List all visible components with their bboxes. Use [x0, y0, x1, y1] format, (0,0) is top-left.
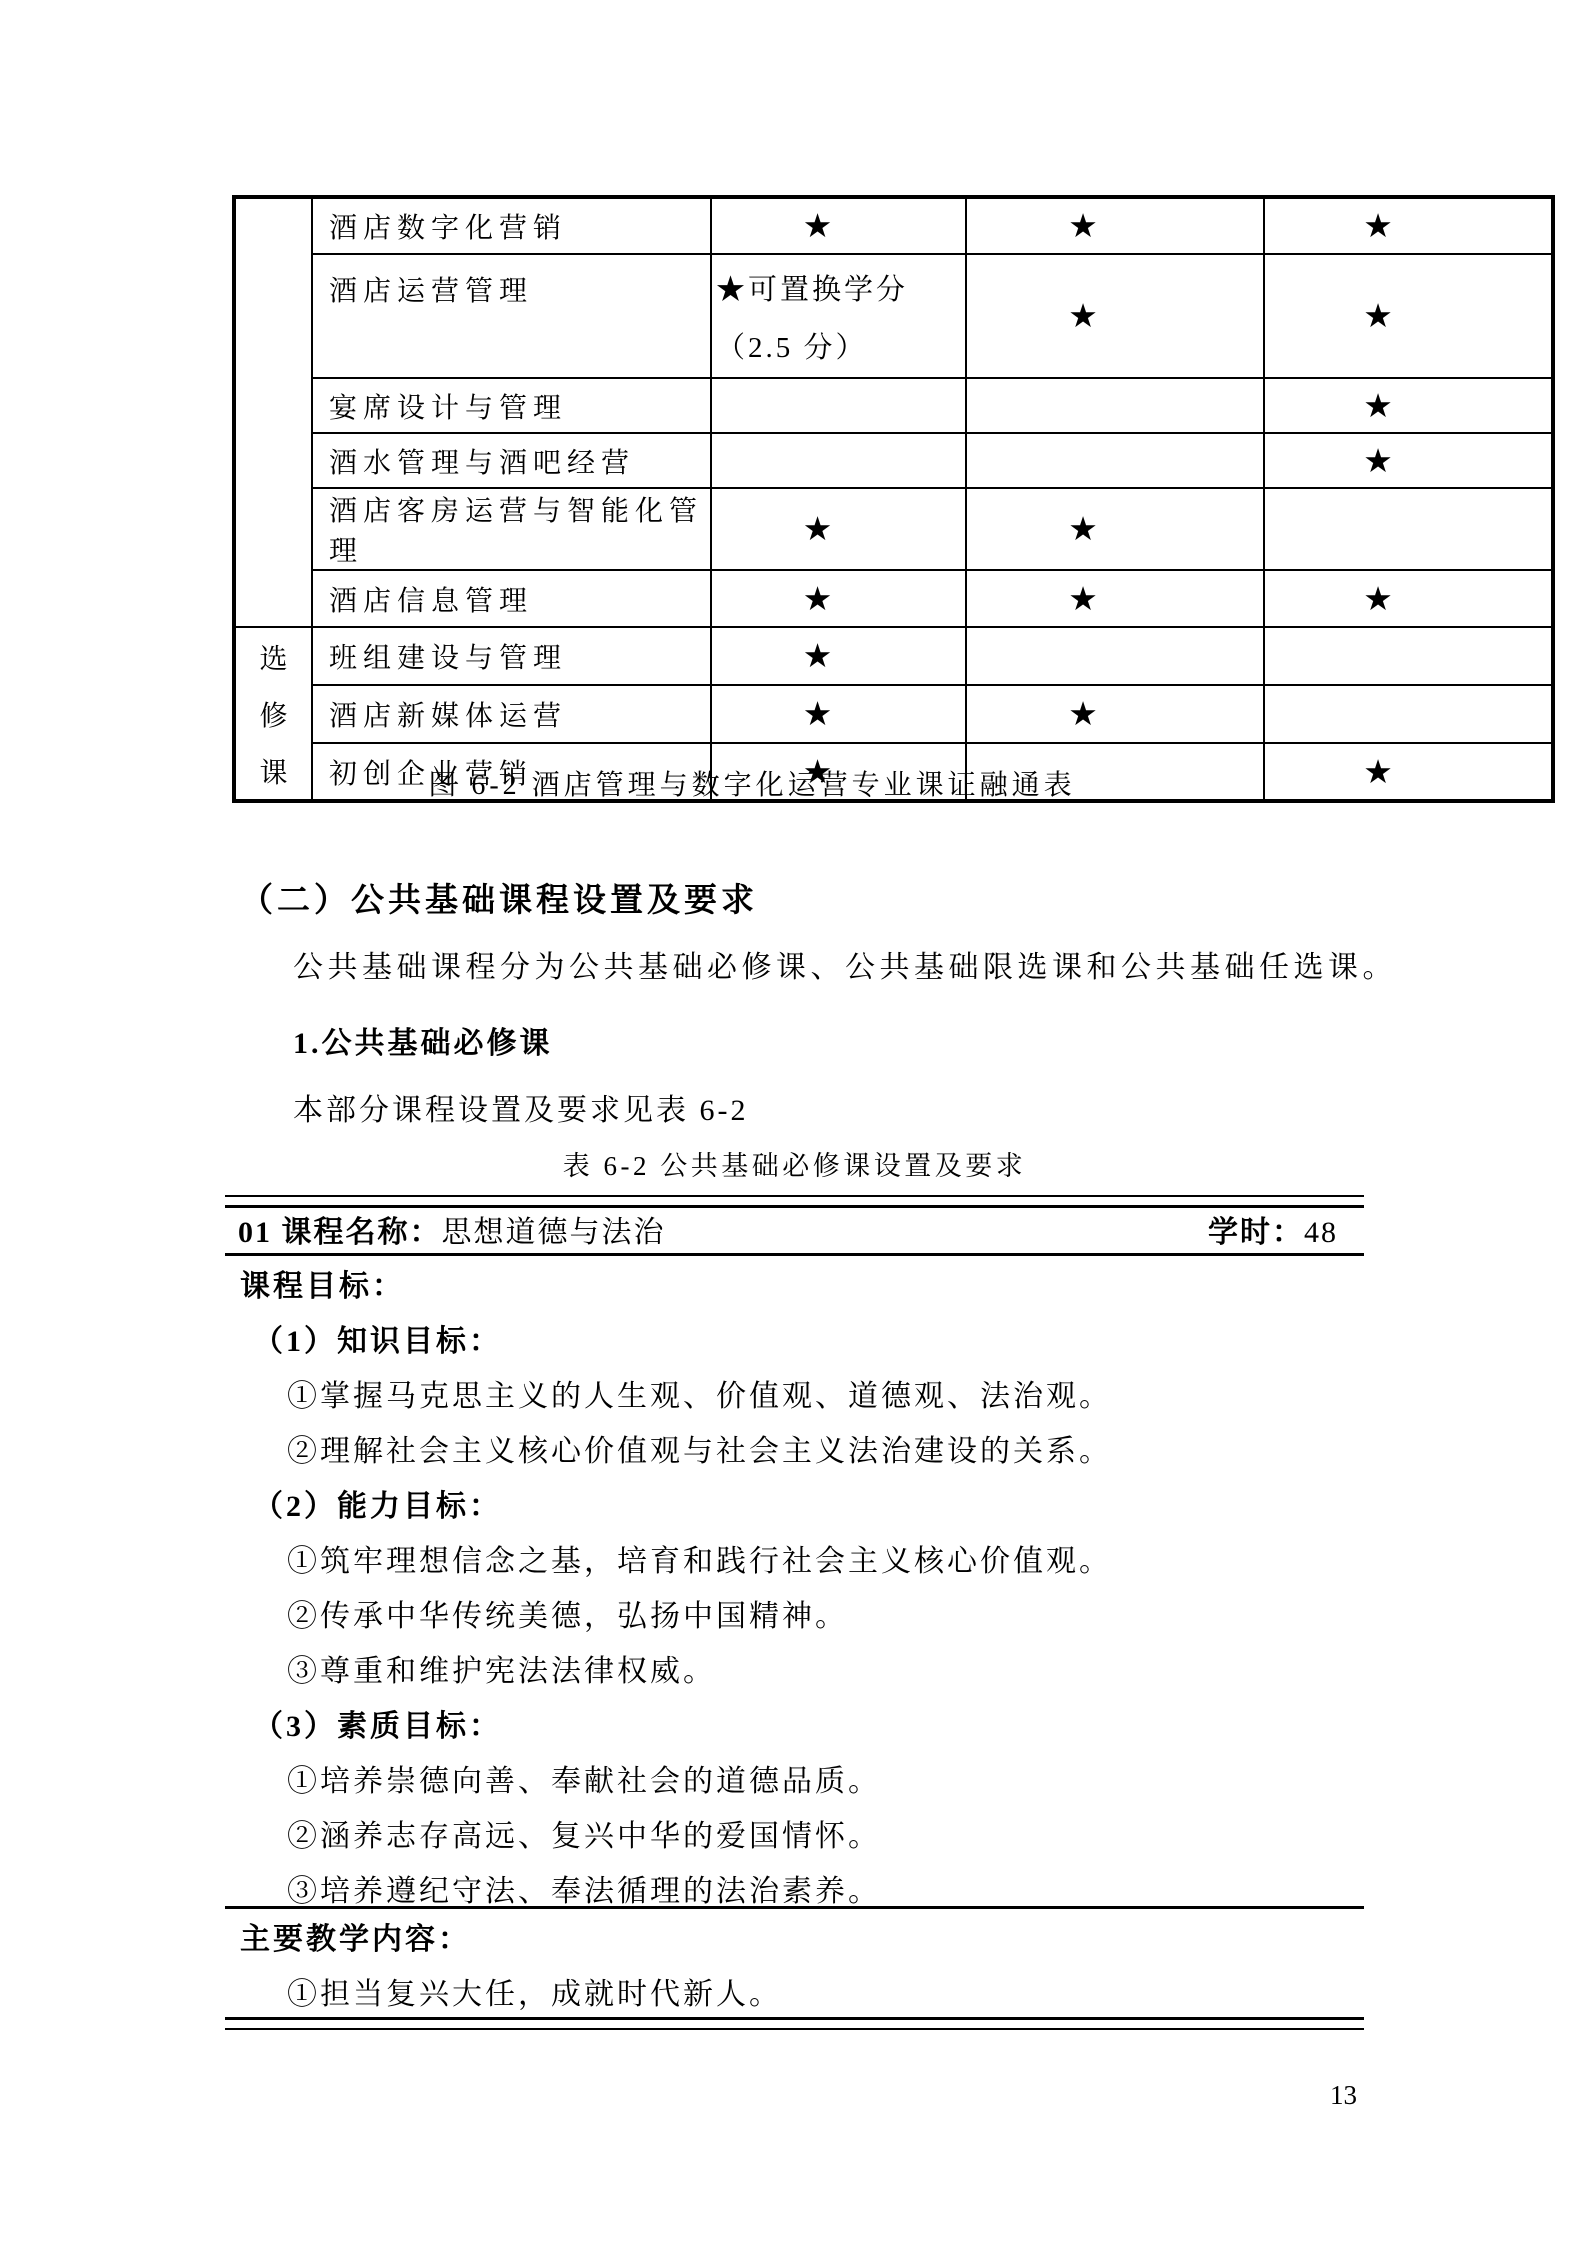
star-mark-cell: ★	[711, 627, 966, 685]
star-mark-cell: ★	[966, 488, 1264, 570]
credit-substitution-line: （2.5 分）	[716, 319, 965, 377]
table-reference-note: 本部分课程设置及要求见表 6-2	[293, 1085, 749, 1129]
credit-substitution-line: ★可置换学分	[716, 261, 965, 319]
course-name-cell: 酒店运营管理	[312, 254, 711, 378]
card-text-line: ①担当复兴大任，成就时代新人。	[287, 1963, 782, 2018]
group-label-char: 选	[236, 628, 311, 685]
card-bottom-double-rule	[225, 2017, 1364, 2030]
star-mark-cell: ★	[966, 197, 1264, 254]
star-mark-cell: ★	[1264, 197, 1553, 254]
course-title: 01 课程名称：思想道德与法治	[225, 1207, 666, 1251]
course-hours: 学时：48	[1208, 1207, 1364, 1251]
hours-value: 48	[1304, 1216, 1338, 1249]
table-row: 酒店新媒体运营★★	[234, 685, 1553, 743]
empty-mark-cell	[711, 433, 966, 488]
card-text-line: ③尊重和维护宪法法律权威。	[287, 1640, 716, 1695]
empty-mark-cell	[966, 378, 1264, 433]
table-row: 酒店信息管理★★★	[234, 570, 1553, 627]
card-label-line: （1）知识目标：	[253, 1310, 502, 1365]
course-name-cell: 酒店信息管理	[312, 570, 711, 627]
table-row: 酒店运营管理★可置换学分（2.5 分）★★	[234, 254, 1553, 378]
empty-mark-cell	[966, 627, 1264, 685]
card-label-line: （3）素质目标：	[253, 1695, 502, 1750]
empty-mark-cell	[1264, 627, 1553, 685]
table-caption: 表 6-2 公共基础必修课设置及要求	[232, 1144, 1357, 1183]
table-row: 酒水管理与酒吧经营★	[234, 433, 1553, 488]
star-mark-cell: ★	[966, 570, 1264, 627]
star-mark-cell: ★	[1264, 254, 1553, 378]
course-name-cell: 酒店新媒体运营	[312, 685, 711, 743]
figure-caption: 图 6-2 酒店管理与数字化运营专业课证融通表	[232, 763, 1272, 803]
card-text-line: ①培养崇德向善、奉献社会的道德品质。	[287, 1750, 881, 1805]
course-header-row: 01 课程名称：思想道德与法治 学时：48	[225, 1204, 1364, 1254]
card-text-line: ②理解社会主义核心价值观与社会主义法治建设的关系。	[287, 1420, 1112, 1475]
course-cert-fusion-table: 酒店数字化营销★★★酒店运营管理★可置换学分（2.5 分）★★宴席设计与管理★酒…	[232, 195, 1555, 803]
credit-substitution-cell: ★可置换学分（2.5 分）	[711, 254, 966, 378]
star-mark-cell: ★	[711, 685, 966, 743]
star-mark-cell: ★	[1264, 743, 1553, 801]
star-mark-cell: ★	[711, 570, 966, 627]
star-mark-cell: ★	[966, 254, 1264, 378]
course-name-cell: 班组建设与管理	[312, 627, 711, 685]
star-mark-cell: ★	[711, 197, 966, 254]
card-label-line: 主要教学内容：	[240, 1908, 471, 1963]
table-row: 选修课班组建设与管理★	[234, 627, 1553, 685]
course-name-cell: 酒店客房运营与智能化管理	[312, 488, 711, 570]
course-number: 01	[238, 1216, 272, 1249]
card-text-line: ③培养遵纪守法、奉法循理的法治素养。	[287, 1860, 881, 1915]
card-label-line: 课程目标：	[240, 1255, 405, 1310]
table-row: 酒店数字化营销★★★	[234, 197, 1553, 254]
star-mark-cell: ★	[966, 685, 1264, 743]
card-label-line: （2）能力目标：	[253, 1475, 502, 1530]
course-name-cell: 酒店数字化营销	[312, 197, 711, 254]
page-number: 13	[1330, 2080, 1357, 2111]
course-name: 思想道德与法治	[442, 1216, 666, 1249]
empty-mark-cell	[711, 378, 966, 433]
section-heading: （二）公共基础课程设置及要求	[240, 874, 758, 921]
course-name-cell: 酒水管理与酒吧经营	[312, 433, 711, 488]
card-text-line: ②传承中华传统美德，弘扬中国精神。	[287, 1585, 848, 1640]
course-name-cell: 宴席设计与管理	[312, 378, 711, 433]
star-mark-cell: ★	[1264, 570, 1553, 627]
course-name-label: 课程名称：	[282, 1216, 442, 1249]
card-text-line: ①筑牢理想信念之基，培育和践行社会主义核心价值观。	[287, 1530, 1112, 1585]
card-text-line: ①掌握马克思主义的人生观、价值观、道德观、法治观。	[287, 1365, 1112, 1420]
group-label-cell-empty	[234, 197, 312, 627]
document-page: 酒店数字化营销★★★酒店运营管理★可置换学分（2.5 分）★★宴席设计与管理★酒…	[0, 0, 1587, 2245]
table-row: 酒店客房运营与智能化管理★★	[234, 488, 1553, 570]
star-mark-cell: ★	[1264, 433, 1553, 488]
card-text-line: ②涵养志存高远、复兴中华的爱国情怀。	[287, 1805, 881, 1860]
group-label-char: 修	[236, 685, 311, 742]
hours-label: 学时：	[1208, 1216, 1304, 1249]
star-mark-cell: ★	[1264, 378, 1553, 433]
star-mark-cell: ★	[711, 488, 966, 570]
section-intro: 公共基础课程分为公共基础必修课、公共基础限选课和公共基础任选课。	[293, 942, 1397, 986]
subsection-heading: 1.公共基础必修课	[293, 1018, 553, 1062]
table-row: 宴席设计与管理★	[234, 378, 1553, 433]
empty-mark-cell	[1264, 685, 1553, 743]
empty-mark-cell	[1264, 488, 1553, 570]
empty-mark-cell	[966, 433, 1264, 488]
